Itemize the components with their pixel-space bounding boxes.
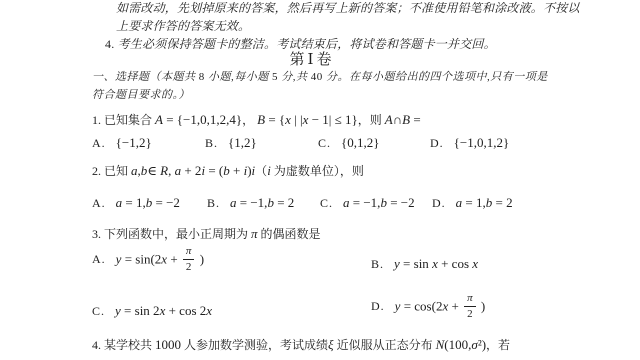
section-heading-line-1-run-4: 分,共 [278,71,311,83]
question-4-stem-run-4: 近似服从正态分布 [334,338,436,352]
question-1-stem-run-5: = { [265,112,285,127]
question-2-stem-run-16: （ [255,164,267,178]
question-1-stem-run-2: = {−1,0,1,2,4} [163,112,242,127]
question-2-stem-run-4: ∈ [147,163,160,178]
question-3-option-c-run-5: x [206,303,212,318]
question-1-option-a-run-0: A. [92,136,106,150]
question-3-option-a-run-0: A. [92,252,106,266]
question-3-option-c-run-2: = sin 2 [121,303,160,318]
section-heading-line-1: 一、选择题（本题共 8 小题,每小题 5 分,共 40 分。在每小题给出的四个选… [92,71,548,85]
question-2-option-c-run-0: C. [320,196,333,210]
question-3-option-d-run-4: + [448,298,462,313]
question-3-stem-run-2: 的偶函数是 [258,227,321,241]
question-3-option-a-run-6: ) [196,251,204,266]
instruction-line-1: 如需改动，先划掉原来的答案，然后再写上新的答案；不准使用铅笔和涂改液。不按以 [116,1,580,16]
question-1-option-d-run-0: D. [430,136,444,150]
question-2-stem-run-5: R [160,163,168,178]
question-1-option-c-run-0: C. [318,136,331,150]
section-heading-line-1-run-5: 40 [311,71,323,83]
question-3-option-b-run-5: x [472,256,478,271]
instruction-line-2: 上要求作答的答案无效。 [116,19,250,34]
question-2-stem-run-10: = ( [205,163,223,178]
question-3-option-c: C.y = sin 2x + cos 2x [92,303,212,319]
part-title-run-0: 第Ⅰ卷 [290,52,335,68]
question-1-stem-run-1: A [155,112,163,127]
question-4-stem: 4. 某学校共 1000 人参加数学测验，考试成绩ξ 近似服从正态分布 N(10… [92,337,510,353]
question-2-option-c-run-2: = −1, [350,195,381,210]
question-4-stem-run-6: (100, [444,337,471,352]
question-2-stem-run-8: + 2 [181,163,201,178]
question-2-option-b-run-2: = −1, [237,195,268,210]
question-3-option-d-run-6: ) [478,298,486,313]
question-3-option-a-run-2: = sin(2 [121,251,161,266]
question-2-option-d-run-0: D. [432,196,446,210]
question-1-stem-run-11: A [385,112,393,127]
question-1-stem-run-3: ， [242,113,257,127]
question-1-stem: 1. 已知集合 A = {−1,0,1,2,4}， B = {x | |x − … [92,112,421,128]
question-2-option-a-run-0: A. [92,196,106,210]
question-3-option-d: D.y = cos(2x + π2 ) [371,294,485,321]
instruction-line-1-run-0: 如需改动，先划掉原来的答案，然后再写上新的答案；不准使用铅笔和涂改液。不按以 [116,1,580,15]
question-1-stem-run-14: = [410,112,421,127]
question-2-option-a-run-2: = 1, [122,195,146,210]
question-2-option-d: D.a = 1,b = 2 [432,195,513,211]
exam-paper-page: 如需改动，先划掉原来的答案，然后再写上新的答案；不准使用铅笔和涂改液。不按以上要… [0,0,640,360]
section-heading-line-2-run-0: 符合题目要求的。） [92,89,190,101]
question-1-stem-run-13: B [402,112,410,127]
question-2-stem-run-12: + [230,163,244,178]
question-2-option-b-run-0: B. [207,196,220,210]
question-1-option-c: C.{0,1,2} [318,135,380,151]
question-1-stem-run-10: ，则 [358,113,385,127]
question-2-option-d-run-4: = 2 [492,195,512,210]
question-3-option-b-run-2: = sin [400,256,432,271]
instruction-line-3-run-0: 4. [105,37,118,51]
question-3-option-b: B.y = sin x + cos x [371,256,478,272]
question-2-stem-run-18: 为虚数单位），则 [271,164,364,178]
question-2-option-c-run-4: = −2 [387,195,415,210]
fraction: π2 [183,246,195,273]
question-1-option-d: D.{−1,0,1,2} [430,135,509,151]
question-3-option-b-run-4: + cos [438,256,472,271]
question-2-option-b-run-4: = 2 [274,195,294,210]
question-1-stem-run-9: − 1| ≤ 1} [308,112,357,127]
question-3-stem-run-0: 3. 下列函数中，最小正周期为 [92,227,251,241]
question-3-option-a-run-4: + [167,251,181,266]
fraction-numerator: π [183,246,195,259]
fraction-denominator: 2 [464,306,476,320]
question-1-stem-run-4: B [257,112,265,127]
question-1-option-d-run-1: {−1,0,1,2} [454,135,510,150]
question-3-option-c-run-0: C. [92,304,105,318]
question-3-option-d-run-0: D. [371,299,385,313]
section-heading-line-2: 符合题目要求的。） [92,89,190,103]
question-3-option-a: A.y = sin(2x + π2 ) [92,247,204,274]
instruction-line-3-run-1: 考生必须保持答题卡的整洁。考试结束后，将试卷和答题卡一并交回。 [118,37,496,51]
fraction-denominator: 2 [183,259,195,273]
question-4-stem-run-5: N [436,337,445,352]
question-3-option-d-run-2: = cos(2 [400,298,442,313]
section-heading-line-1-run-0: 一、选择题（本题共 [92,71,199,83]
question-2-option-a: A.a = 1,b = −2 [92,195,180,211]
question-1-stem-run-12: ∩ [393,112,402,127]
question-2-option-a-run-4: = −2 [152,195,180,210]
question-3-option-b-run-0: B. [371,257,384,271]
question-4-stem-run-8: ²) [478,337,486,352]
fraction-numerator: π [464,293,476,306]
question-3-stem: 3. 下列函数中，最小正周期为 π 的偶函数是 [92,226,321,242]
section-heading-line-1-run-6: 分。在每小题给出的四个选项中,只有一项是 [323,71,548,83]
question-1-option-b-run-0: B. [205,136,218,150]
fraction: π2 [464,293,476,320]
question-1-option-a-run-1: {−1,2} [116,135,152,150]
question-2-stem: 2. 已知 a,b∈ R, a + 2i = (b + i)i（i 为虚数单位）… [92,163,364,179]
question-2-stem-run-0: 2. 已知 [92,164,131,178]
question-4-stem-run-0: 4. 某学校共 [92,338,155,352]
question-1-stem-run-7: | | [291,112,303,127]
instruction-line-3: 4. 考生必须保持答题卡的整洁。考试结束后，将试卷和答题卡一并交回。 [105,37,496,52]
question-4-stem-run-2: 人参加数学测验，考试成绩 [181,338,328,352]
question-2-option-b: B.a = −1,b = 2 [207,195,294,211]
question-3-option-c-run-4: + cos 2 [165,303,206,318]
section-heading-line-1-run-2: 小题,每小题 [205,71,272,83]
question-2-option-d-run-2: = 1, [462,195,486,210]
instruction-line-2-run-0: 上要求作答的答案无效。 [116,19,250,33]
question-1-option-a: A.{−1,2} [92,135,152,151]
question-4-stem-run-9: ，若 [486,338,510,352]
question-1-option-c-run-1: {0,1,2} [341,135,379,150]
question-2-option-c: C.a = −1,b = −2 [320,195,415,211]
question-1-stem-run-0: 1. 已知集合 [92,113,155,127]
question-4-stem-run-1: 1000 [155,337,181,352]
question-1-option-b: B.{1,2} [205,135,257,151]
part-title: 第Ⅰ卷 [0,51,624,70]
question-1-option-b-run-1: {1,2} [228,135,257,150]
